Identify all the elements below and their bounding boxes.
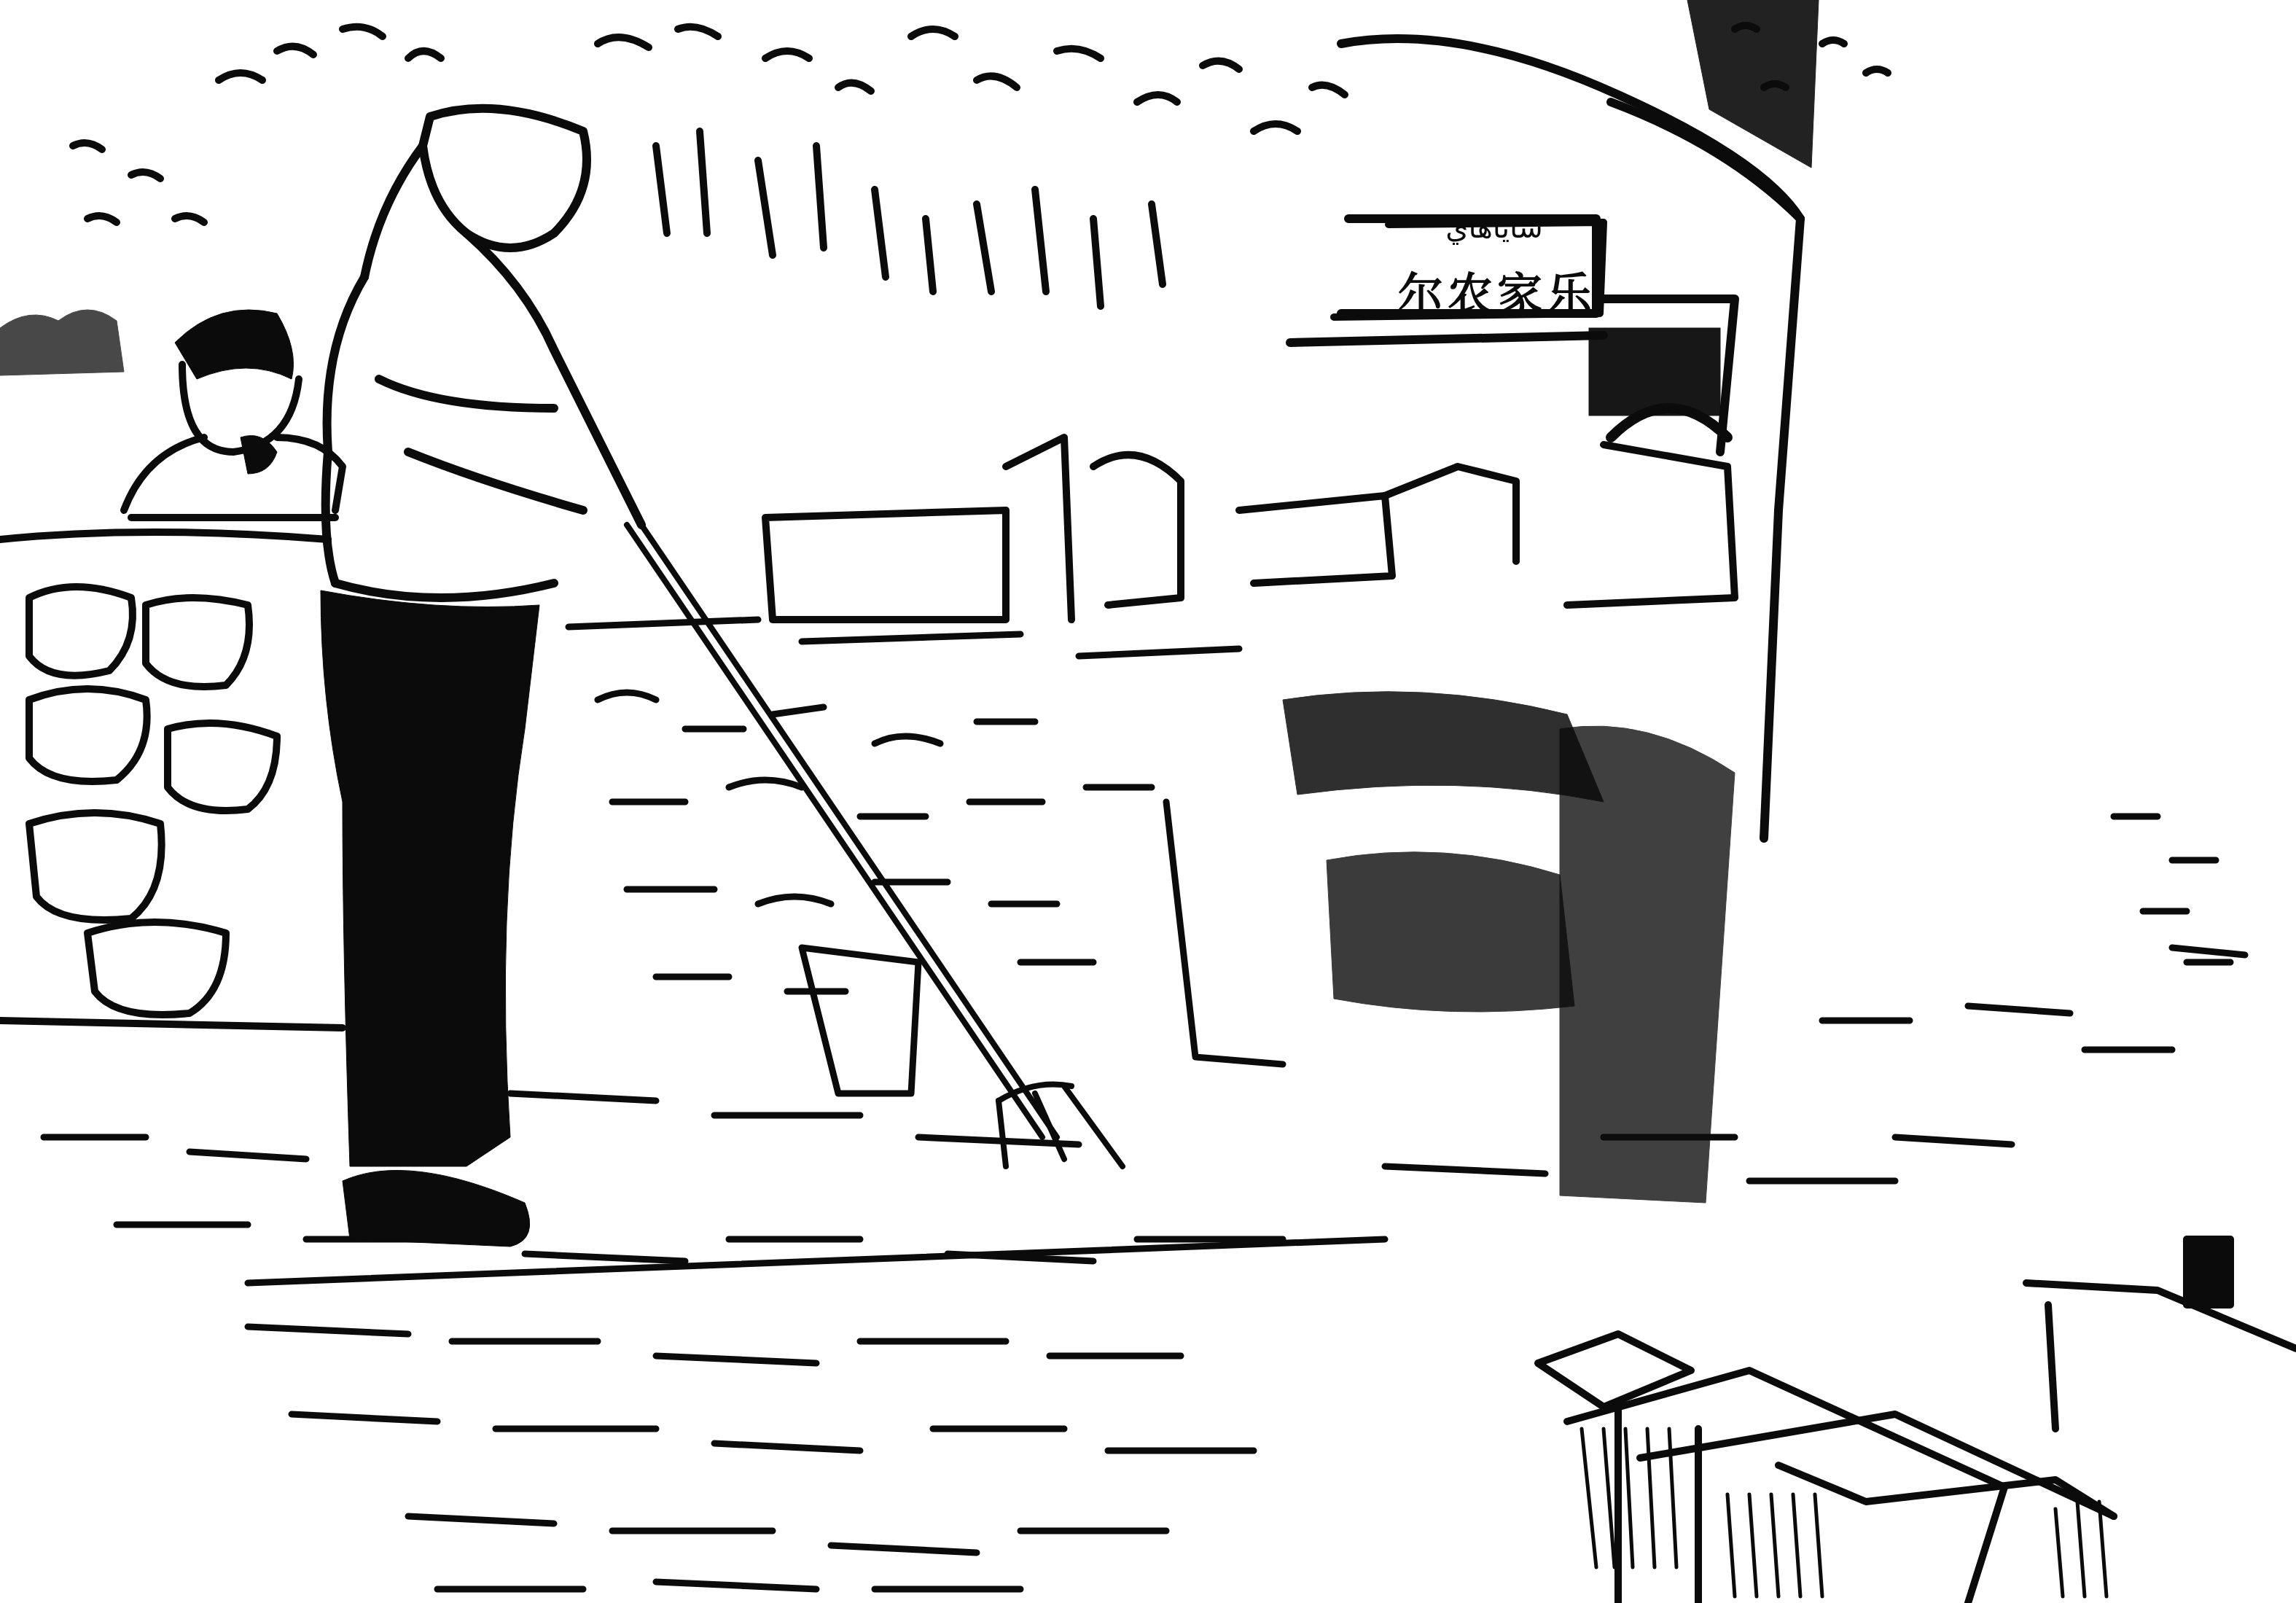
tree-canopy	[73, 26, 1888, 306]
stacked-goods	[765, 437, 1735, 620]
distant-trees	[0, 310, 124, 375]
stone-wall-left	[0, 532, 343, 1028]
sign-chinese-text: 尔农家乐	[1334, 259, 1596, 324]
shaded-rubble	[1283, 692, 1735, 1203]
woman-figure	[321, 109, 641, 1247]
stone-wall-center	[569, 620, 1283, 1093]
sign-uyghur-text: ساياھاي	[1399, 211, 1589, 245]
boy-figure	[124, 310, 343, 518]
bench-trays	[1538, 1239, 2296, 1603]
doorway	[1589, 328, 1727, 437]
ink-drawing	[0, 0, 2296, 1603]
